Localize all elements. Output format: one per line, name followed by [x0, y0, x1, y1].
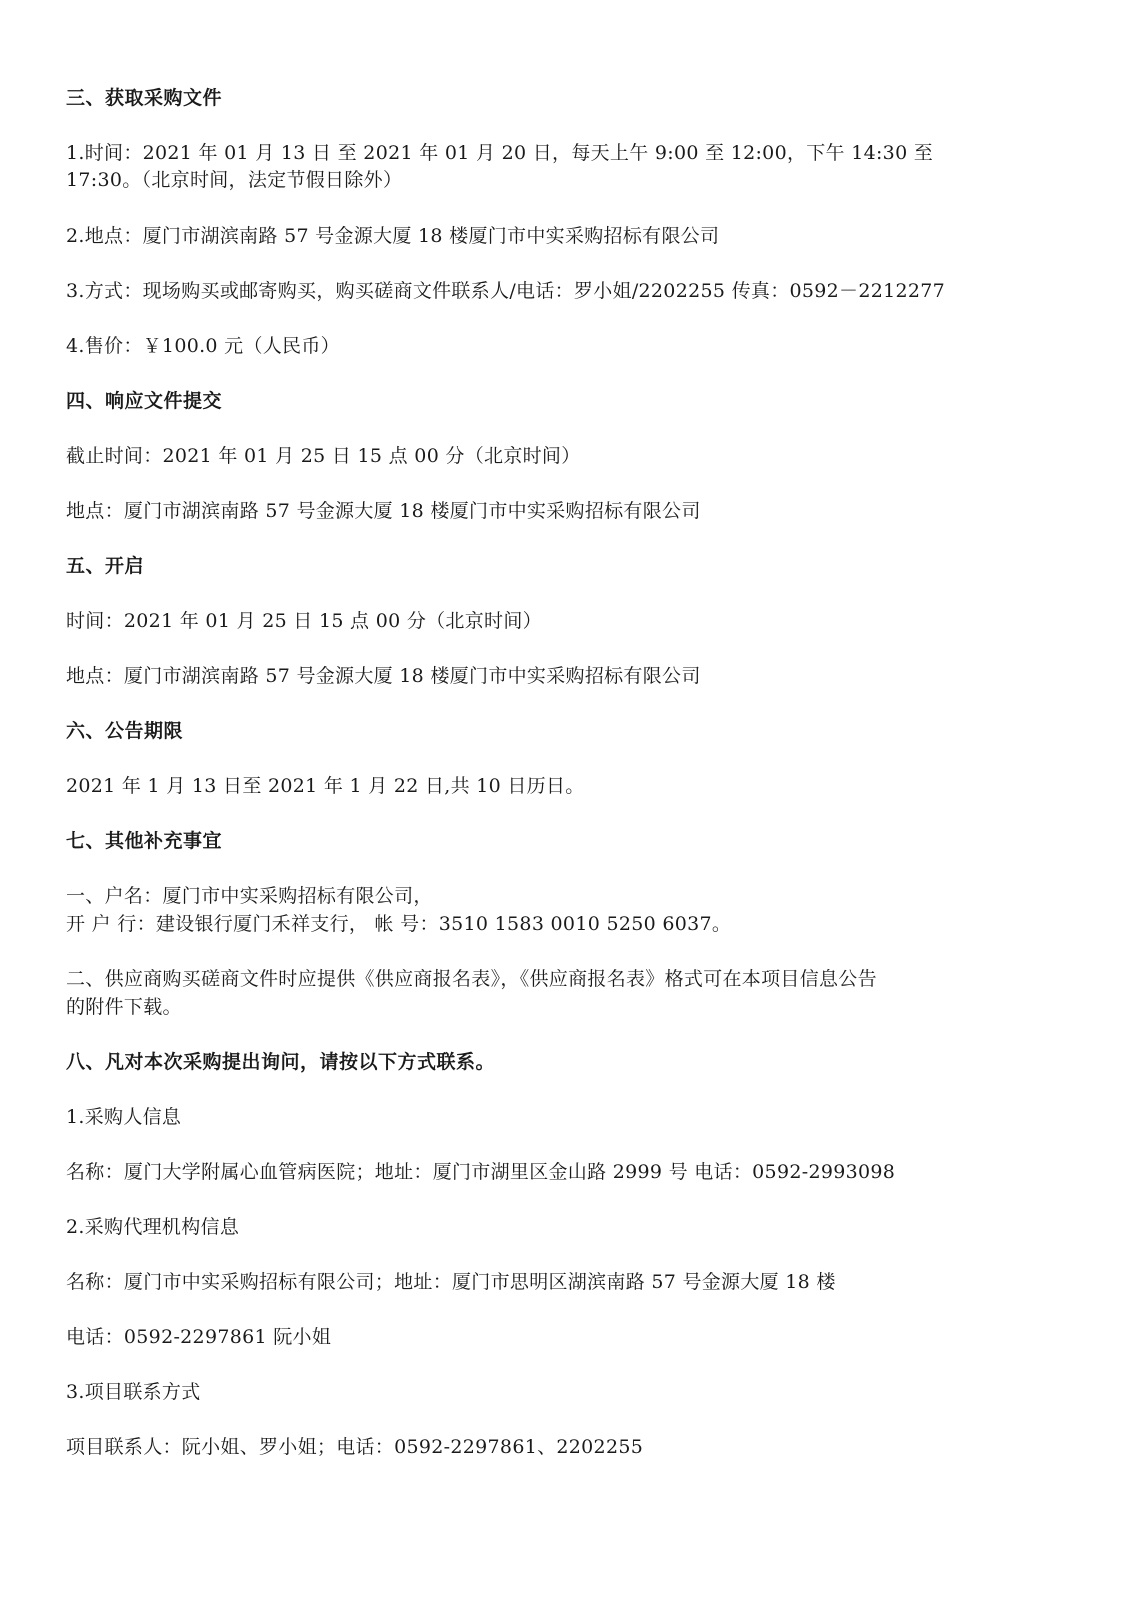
submission-location: 地点：厦门市湖滨南路 57 号金源大厦 18 楼厦门市中实采购招标有限公司 — [66, 499, 701, 523]
section-heading-notice-period: 六、公告期限 — [66, 719, 183, 743]
submission-deadline: 截止时间：2021 年 01 月 25 日 15 点 00 分（北京时间） — [66, 444, 581, 468]
registration-note-line1: 二、供应商购买磋商文件时应提供《供应商报名表》，《供应商报名表》格式可在本项目信… — [66, 967, 877, 991]
agency-info: 名称：厦门市中实采购招标有限公司；地址：厦门市思明区湖滨南路 57 号金源大厦 … — [66, 1270, 836, 1294]
obtain-location: 2.地点：厦门市湖滨南路 57 号金源大厦 18 楼厦门市中实采购招标有限公司 — [66, 224, 719, 248]
purchaser-info: 名称：厦门大学附属心血管病医院；地址：厦门市湖里区金山路 2999 号 电话：0… — [66, 1160, 895, 1184]
agency-phone: 电话：0592-2297861 阮小姐 — [66, 1325, 331, 1349]
document-page: 三、获取采购文件 1.时间：2021 年 01 月 13 日 至 2021 年 … — [0, 0, 1131, 1600]
purchaser-title: 1.采购人信息 — [66, 1105, 181, 1129]
agency-title: 2.采购代理机构信息 — [66, 1215, 239, 1239]
section-heading-contact: 八、凡对本次采购提出询问，请按以下方式联系。 — [66, 1050, 495, 1074]
project-contact-title: 3.项目联系方式 — [66, 1380, 201, 1404]
opening-time: 时间：2021 年 01 月 25 日 15 点 00 分（北京时间） — [66, 609, 542, 633]
registration-note-line2: 的附件下载。 — [66, 995, 182, 1019]
section-heading-opening: 五、开启 — [66, 554, 144, 578]
obtain-price: 4.售价：￥100.0 元（人民币） — [66, 334, 340, 358]
section-heading-submission: 四、响应文件提交 — [66, 389, 222, 413]
obtain-time-line2: 17:30。（北京时间，法定节假日除外） — [66, 168, 402, 192]
obtain-time-line1: 1.时间：2021 年 01 月 13 日 至 2021 年 01 月 20 日… — [66, 141, 933, 165]
account-bank: 开 户 行：建设银行厦门禾祥支行， 帐 号：3510 1583 0010 525… — [66, 912, 731, 936]
account-name: 一、户名：厦门市中实采购招标有限公司， — [66, 884, 433, 908]
section-heading-other-matters: 七、其他补充事宜 — [66, 829, 222, 853]
notice-period: 2021 年 1 月 13 日至 2021 年 1 月 22 日,共 10 日历… — [66, 774, 585, 798]
project-contact-info: 项目联系人：阮小姐、罗小姐；电话：0592-2297861、2202255 — [66, 1435, 643, 1459]
obtain-method: 3.方式：现场购买或邮寄购买，购买磋商文件联系人/电话：罗小姐/2202255 … — [66, 279, 945, 303]
opening-location: 地点：厦门市湖滨南路 57 号金源大厦 18 楼厦门市中实采购招标有限公司 — [66, 664, 701, 688]
section-heading-obtain-documents: 三、获取采购文件 — [66, 86, 222, 110]
